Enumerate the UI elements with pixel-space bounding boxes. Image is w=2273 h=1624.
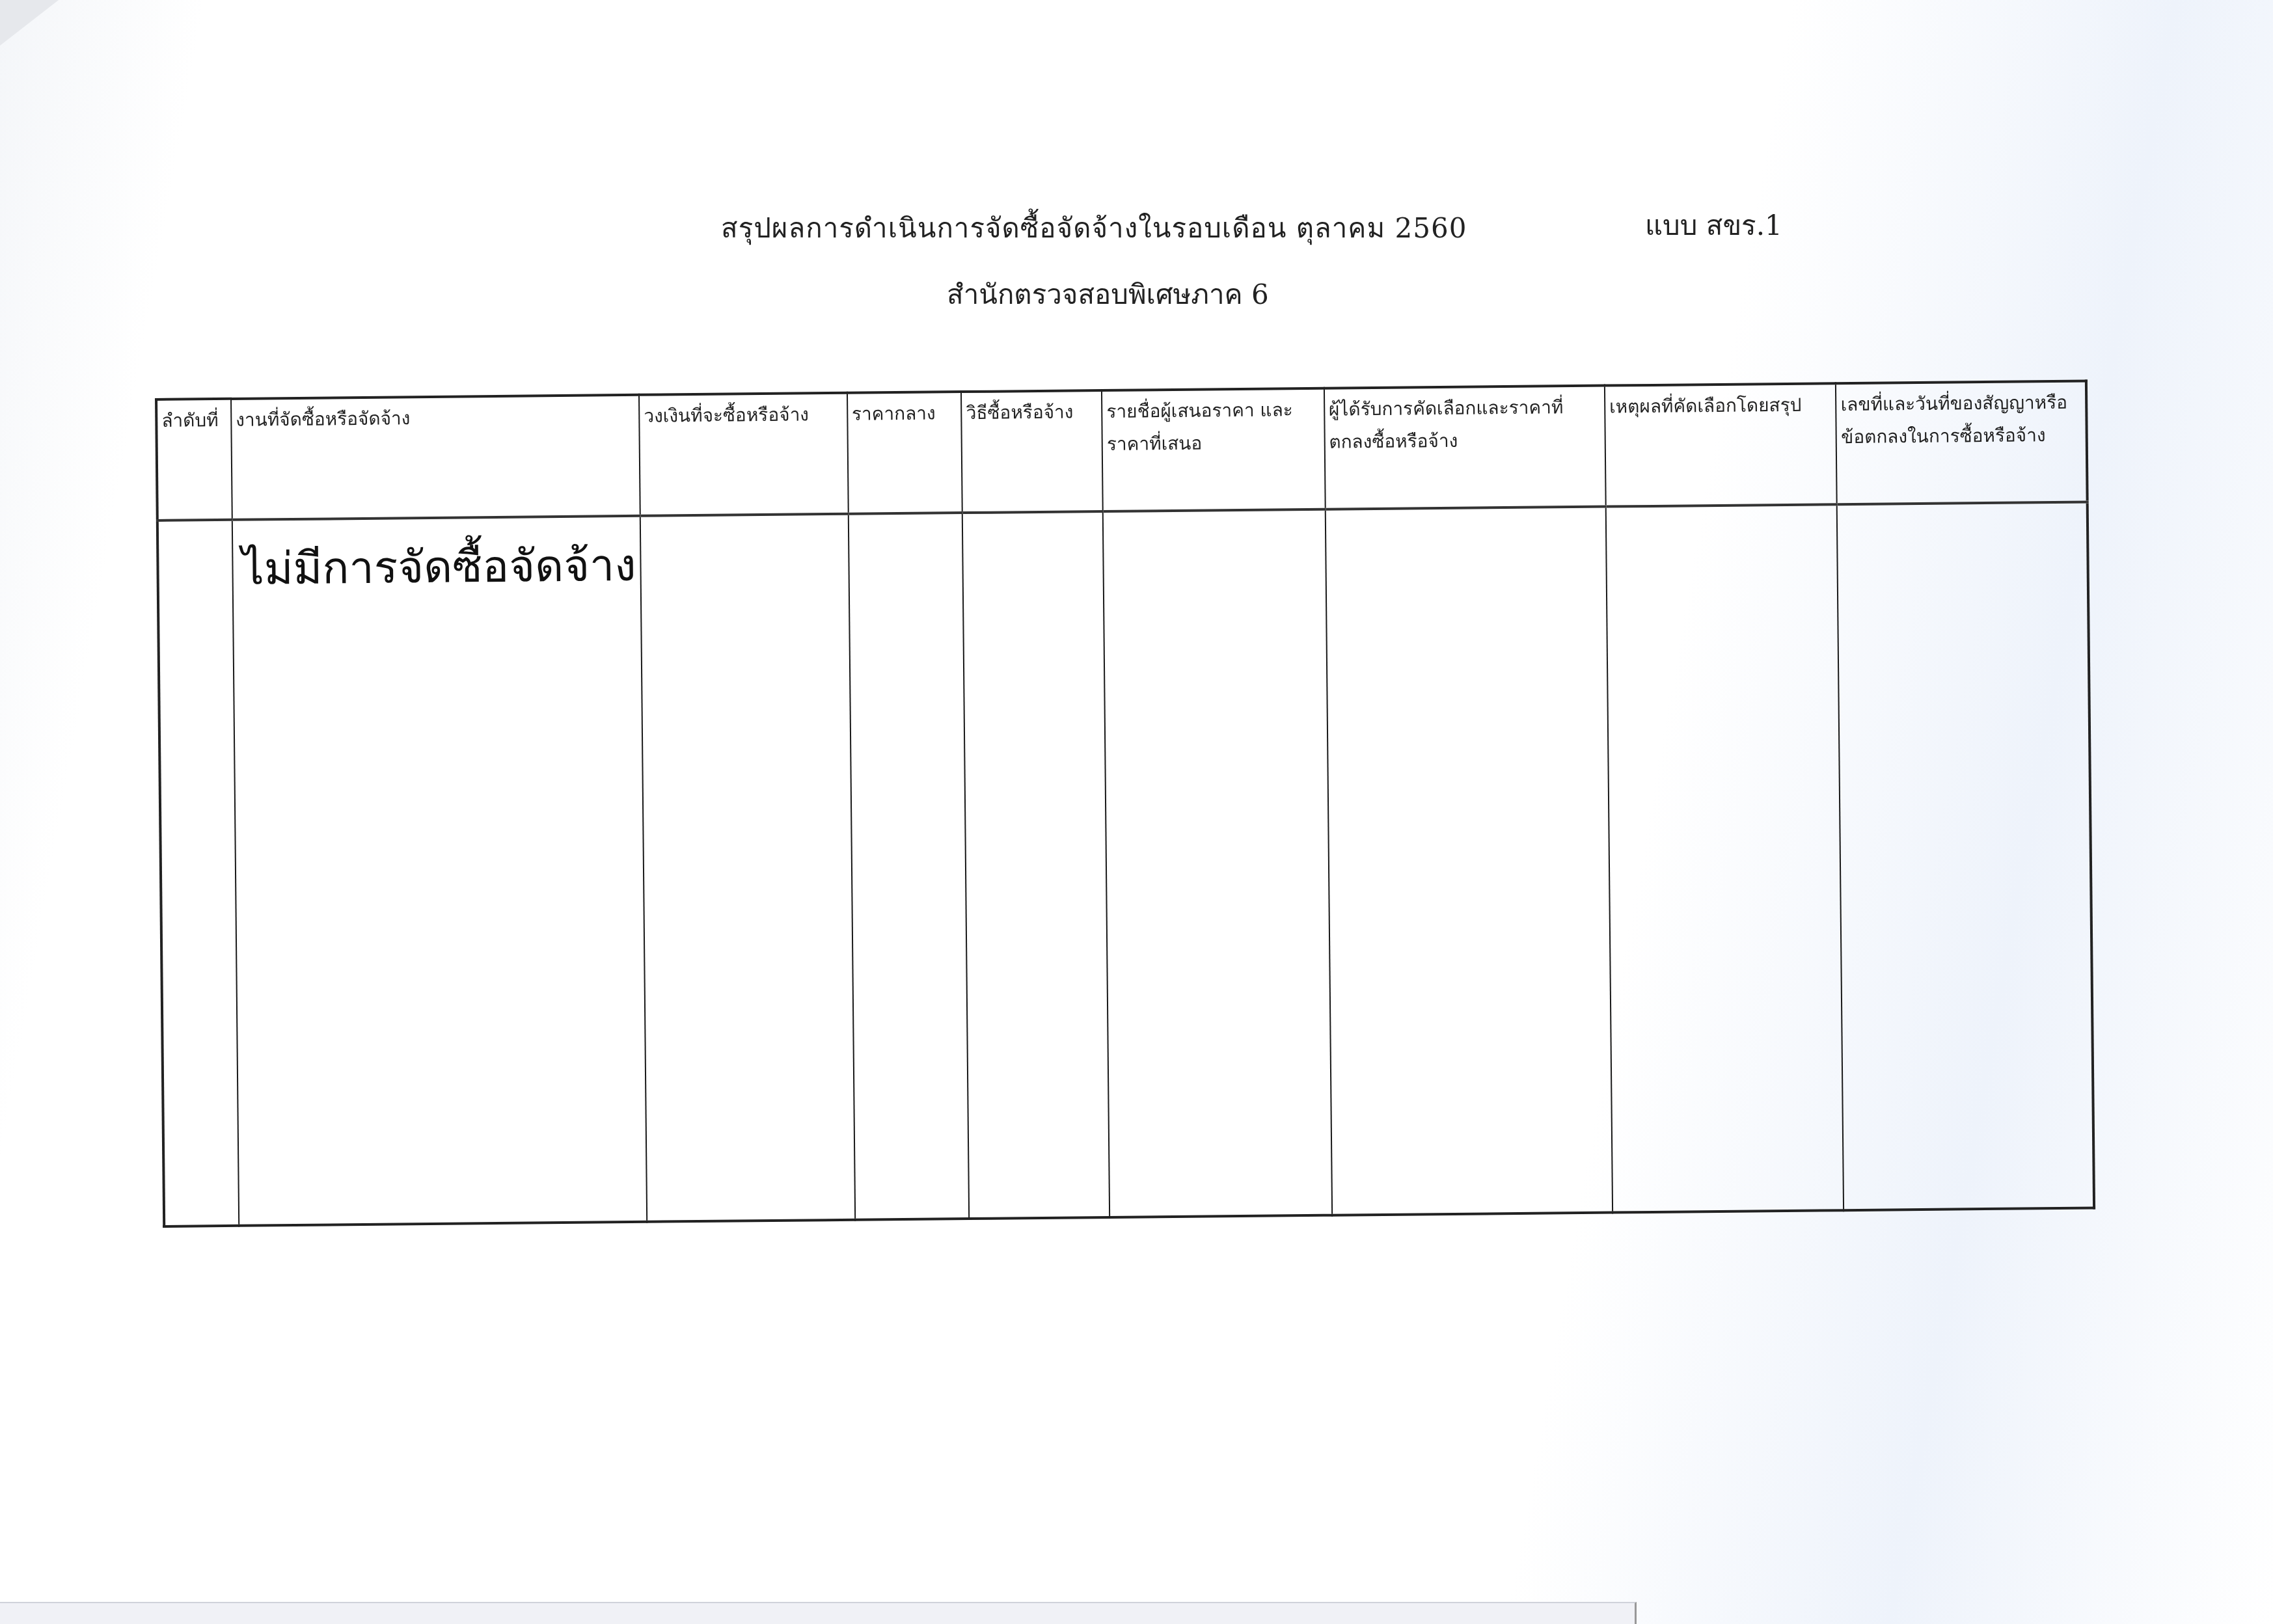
document-title: สรุปผลการดำเนินการจัดซื้อจัดจ้างในรอบเดื… <box>721 207 1467 250</box>
col-header-sequence: ลำดับที่ <box>156 399 232 521</box>
cell-reference-price <box>848 513 969 1220</box>
underlying-sheet-edge <box>0 1602 1637 1624</box>
cell-selected-vendor <box>1325 507 1613 1215</box>
col-header-selection-reason: เหตุผลที่คัดเลือกโดยสรุป <box>1605 383 1837 506</box>
table-header-row: ลำดับที่ งานที่จัดซื้อหรือจัดจ้าง วงเงิน… <box>156 381 2088 521</box>
cell-bidders <box>1103 509 1332 1217</box>
cell-procurement-item: ไม่มีการจัดซื้อจัดจ้าง <box>232 516 647 1226</box>
cell-method <box>962 511 1109 1219</box>
col-header-selected-vendor: ผู้ได้รับการคัดเลือกและราคาที่ตกลงซื้อหร… <box>1324 386 1606 509</box>
col-header-method: วิธีซื้อหรือจ้าง <box>961 390 1102 513</box>
col-header-reference-price: ราคากลาง <box>847 392 963 514</box>
table-row: ไม่มีการจัดซื้อจัดจ้าง <box>157 502 2094 1226</box>
cell-sequence <box>157 520 239 1226</box>
organization-name: สำนักตรวจสอบพิเศษภาค 6 <box>947 273 1269 316</box>
cell-budget <box>640 514 855 1222</box>
scanned-page: สรุปผลการดำเนินการจัดซื้อจัดจ้างในรอบเดื… <box>0 0 2273 1624</box>
procurement-summary-table: ลำดับที่ งานที่จัดซื้อหรือจัดจ้าง วงเงิน… <box>155 379 2095 1227</box>
col-header-budget: วงเงินที่จะซื้อหรือจ้าง <box>639 393 848 516</box>
page-fold-corner <box>0 0 59 46</box>
form-code: แบบ สขร.1 <box>1645 204 1782 247</box>
no-procurement-text: ไม่มีการจัดซื้อจัดจ้าง <box>234 518 640 604</box>
cell-contract-number <box>1837 502 2094 1211</box>
col-header-procurement-item: งานที่จัดซื้อหรือจัดจ้าง <box>231 395 640 520</box>
procurement-table-container: ลำดับที่ งานที่จัดซื้อหรือจัดจ้าง วงเงิน… <box>155 379 2095 1227</box>
col-header-contract-number: เลขที่และวันที่ของสัญญาหรือข้อตกลงในการซ… <box>1836 381 2087 505</box>
cell-selection-reason <box>1606 504 1844 1212</box>
col-header-bidders: รายชื่อผู้เสนอราคา และราคาที่เสนอ <box>1102 388 1325 511</box>
